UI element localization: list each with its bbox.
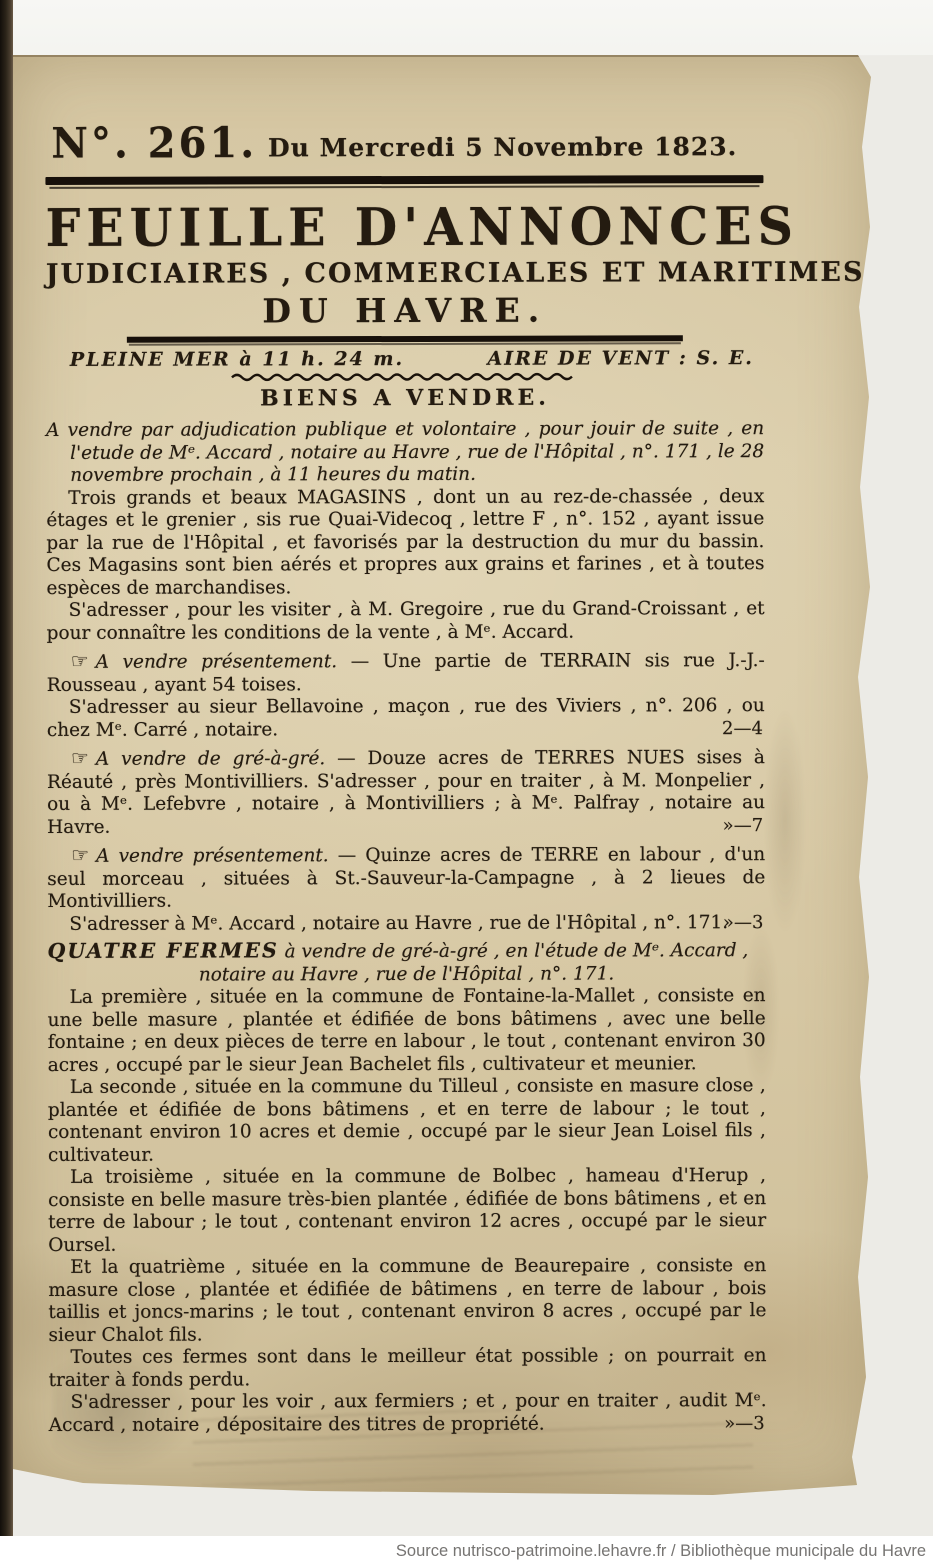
run-count-mark: »—3: [724, 1413, 765, 1436]
article-paragraph: A vendre par adjudication publique et vo…: [46, 418, 764, 487]
article-paragraph: S'adresser , pour les visiter , à M. Gre…: [47, 598, 765, 645]
article-lead: A vendre de gré-à-gré.: [96, 748, 325, 770]
article-paragraph: La première , située en la commune de Fo…: [48, 985, 766, 1077]
article-lead: A vendre présentement.: [96, 845, 329, 867]
article-paragraph: S'adresser au sieur Bellavoine , maçon ,…: [47, 695, 765, 742]
wavy-divider: [230, 371, 580, 382]
article-lead: QUATRE FERMES: [47, 938, 278, 963]
run-count-mark: »—7: [723, 815, 764, 838]
section-heading: BIENS A VENDRE.: [46, 384, 764, 412]
paper-title-line3: DU HAVRE.: [46, 290, 764, 331]
article-paragraph: La seconde , située en la commune du Til…: [48, 1075, 766, 1167]
article-paragraph: Trois grands et beaux MAGASINS , dont un…: [46, 486, 764, 600]
article-text: S'adresser à Mᵉ. Accard , notaire au Hav…: [69, 912, 728, 935]
paper-title-line2: JUDICIAIRES , COMMERCIALES ET MARITIMES: [46, 257, 764, 290]
manicule-icon: ☞: [71, 746, 89, 770]
tide-info: PLEINE MER à 11 h. 24 m.: [70, 348, 404, 371]
article-paragraph: S'adresser , pour les voir , aux fermier…: [49, 1390, 767, 1437]
run-count-mark: »—3: [723, 912, 764, 935]
masthead-top-row: N°. 261. Du Mercredi 5 Novembre 1823.: [45, 112, 763, 167]
article-paragraph: S'adresser à Mᵉ. Accard , notaire au Hav…: [47, 912, 765, 936]
article-paragraph: ☞A vendre présentement. — Une partie de …: [47, 648, 765, 697]
article-paragraph: Toutes ces fermes sont dans le meilleur …: [48, 1345, 766, 1392]
newspaper-page: N°. 261. Du Mercredi 5 Novembre 1823. FE…: [13, 55, 871, 1495]
page-content: N°. 261. Du Mercredi 5 Novembre 1823. FE…: [45, 112, 766, 1437]
article-paragraph-line2: notaire au Havre , rue de l'Hôpital , n°…: [47, 963, 765, 987]
manicule-icon: ☞: [71, 843, 89, 867]
article-paragraph: La troisième , située en la commune de B…: [48, 1165, 766, 1257]
article-paragraph: Et la quatrième , située en la commune d…: [48, 1255, 766, 1347]
issue-number: N°. 261.: [51, 118, 257, 168]
source-credit: Source nutrisco-patrimoine.lehavre.fr / …: [396, 1542, 926, 1561]
run-count-mark: 2—4: [722, 718, 763, 741]
article-paragraph: ☞A vendre de gré-à-gré. — Douze acres de…: [47, 745, 765, 839]
wind-info: AIRE DE VENT : S. E.: [487, 347, 753, 370]
source-attribution-bar: Source nutrisco-patrimoine.lehavre.fr / …: [0, 1536, 933, 1566]
article-lead: A vendre présentement.: [96, 651, 338, 673]
article-text: S'adresser au sieur Bellavoine , maçon ,…: [47, 695, 765, 740]
article-paragraph: QUATRE FERMES à vendre de gré-à-gré , en…: [47, 938, 765, 964]
paper-title-line1: FEUILLE D'ANNONCES: [45, 195, 763, 258]
article-text: à vendre de gré-à-gré , en l'étude de Mᵉ…: [279, 940, 749, 962]
divider-rule: [127, 335, 683, 342]
article-text: S'adresser , pour les voir , aux fermier…: [49, 1390, 767, 1435]
manicule-icon: ☞: [71, 649, 89, 673]
article-paragraph: ☞A vendre présentement. — Quinze acres d…: [47, 842, 765, 913]
date-line: Du Mercredi 5 Novembre 1823.: [268, 132, 737, 162]
book-spine: [0, 0, 13, 1537]
divider-rule: [45, 175, 763, 185]
tide-wind-row: PLEINE MER à 11 h. 24 m. AIRE DE VENT : …: [46, 345, 764, 371]
